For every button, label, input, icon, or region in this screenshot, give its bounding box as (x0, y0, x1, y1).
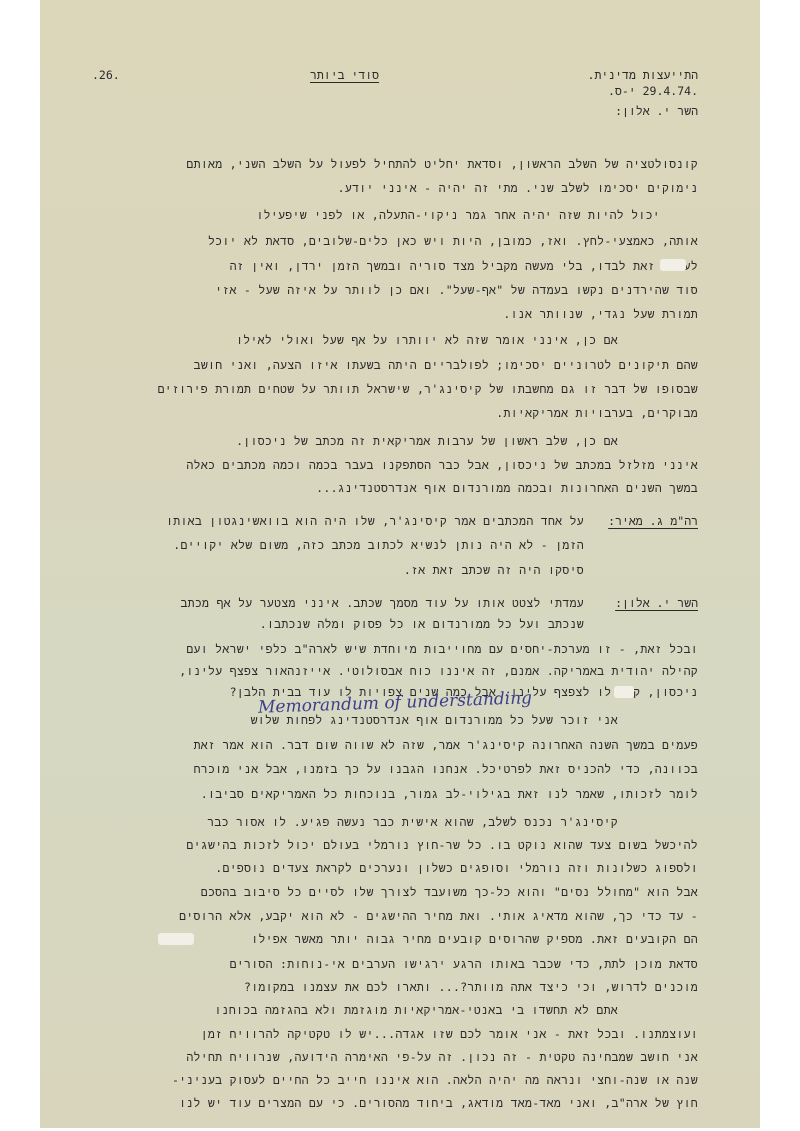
text-line: פעמים במשך השנה האחרונה קיסינג'ר אמר, שז… (194, 738, 698, 753)
text-line: הזמן - לא היה נותן לנשיא לכתוב מכתב כזה,… (173, 538, 584, 553)
text-line: שנכתב ועל כל ממורנדום או כל פסוק ומלה שנ… (260, 617, 584, 632)
text-line: - עד כדי כך, שהוא מדאיג אותי. ואת מחיר ה… (179, 909, 698, 924)
text-line: לעשות זאת לבדו, בלי מעשה מקביל מצד סוריה… (230, 259, 698, 274)
text-line: חוץ של ארה"ב, ואני מאד-מאד מודאג, ביחוד … (179, 1096, 698, 1111)
text-line: הם הקובעים זאת. מספיק שהרוסים קובעים מחי… (251, 932, 698, 947)
document-page: .26. סודי ביותר התייעצות מדינית. .29.4.7… (40, 0, 760, 1128)
text-line: שנה או שנה-וחצי ונראה מה יהיה הלאה. הוא … (172, 1073, 698, 1088)
text-line: סיסקו היה זה שכתב זאת אז. (404, 563, 584, 578)
text-line: עמדתי לצטט אותו על עוד מסמך שכתב. אינני … (180, 596, 584, 611)
text-line: קונסולטציה של השלב הראשון, וסדאת יחליט ל… (186, 157, 698, 172)
redaction-mark (660, 259, 686, 271)
text-line: ולספוג כשלונות וזה נורמלי וסופגים כשלון … (215, 861, 698, 876)
classification-label: סודי ביותר (310, 68, 379, 83)
text-line: להיכשל בשום צעד שהוא נוקט בו. כל שר-חוץ … (186, 838, 698, 853)
text-line: שבסופו של דבר זו גם מחשבתו של קיסינג'ר, … (158, 382, 698, 397)
text-line: אם כן, שלב ראשון של ערבות אמריקאית זה מכ… (236, 434, 698, 449)
office-title: התייעצות מדינית. (588, 68, 698, 83)
redaction-mark (614, 686, 634, 698)
speaker-meir: רה"מ ג. מאיר: (608, 514, 698, 529)
text-line: אינני מזלזל במכתב של ניכסון, אבל כבר הסת… (186, 458, 698, 473)
text-line: על אחד המכתבים אמר קיסינג'ר, שלו היה הוא… (166, 514, 584, 529)
text-line: אבל הוא "מחולל נסים" והוא כל-כך משועבד ל… (201, 885, 698, 900)
text-line: אותה, כאמצעי-לחץ. ואז, כמובן, היות ויש כ… (208, 234, 698, 249)
text-line: מבוקרים, בערבויות אמריקאיות. (496, 406, 698, 421)
text-line: סדאת מוכן לתת, כדי שכבר באותו הרגע ירגיש… (230, 957, 698, 972)
page-number: .26. (92, 68, 120, 82)
redaction-mark (158, 933, 194, 945)
text-line: יכול להיות שזה יהיה אחר גמר ניקוי-התעלה,… (256, 208, 698, 223)
text-line: תמורת שעל נגדי, שנוותר אנו. (503, 307, 698, 322)
text-line: אני חושב שמבחינה טקטית - זה נכון. זה על-… (186, 1050, 698, 1065)
text-line: לומר לזכותו, שאמר לנו זאת בגילוי-לב גמור… (201, 787, 698, 802)
text-line: אתם לא תחשדו בי באנטי-אמריקאיות מוגזמת ו… (215, 1003, 698, 1018)
text-line: קהילה יהודית באמריקה. אמנם, זה איננו כוח… (179, 664, 698, 679)
text-line: אני זוכר שעל כל ממורנדום אוף אנדרסטנדינג… (251, 713, 698, 728)
speaker-label: השר י. אלון: (615, 104, 698, 119)
text-line: סוד שהירדנים נקשו בעמדה של "אף-שעל". ואם… (215, 283, 698, 298)
speaker-allon: השר י. אלון: (615, 596, 698, 611)
text-line: שהם תיקונים לטרוניים יסכימו; לפולבריים ה… (194, 358, 698, 373)
text-line: קיסינג'ר נכנס לשלב, שהוא אישית כבר נעשה … (207, 815, 698, 830)
text-line: מוכנים לדרוש, וכי כיצד אתה מוותר?... ותא… (244, 980, 698, 995)
text-line: אם כן, אינני אומר שזה לא יוותרו על אף שע… (236, 333, 698, 348)
text-line: במשך השנים האחרונות ובכמה ממורנדום אוף א… (316, 481, 698, 496)
text-line: נימוקים יסכימו לשלב שני. מתי זה יהיה - א… (338, 181, 698, 196)
document-date: .29.4.74 י-ס. (608, 84, 698, 99)
text-line: בכוונה, כדי להכניס זאת לפרטיכל. אנחנו הג… (194, 762, 698, 777)
text-line: ועוצמתנו. ובכל זאת - אני אומר לכם שזו אג… (201, 1027, 698, 1042)
text-line: ובכל זאת, - זו מערכת-יחסים עם מחוייבות מ… (186, 642, 698, 657)
